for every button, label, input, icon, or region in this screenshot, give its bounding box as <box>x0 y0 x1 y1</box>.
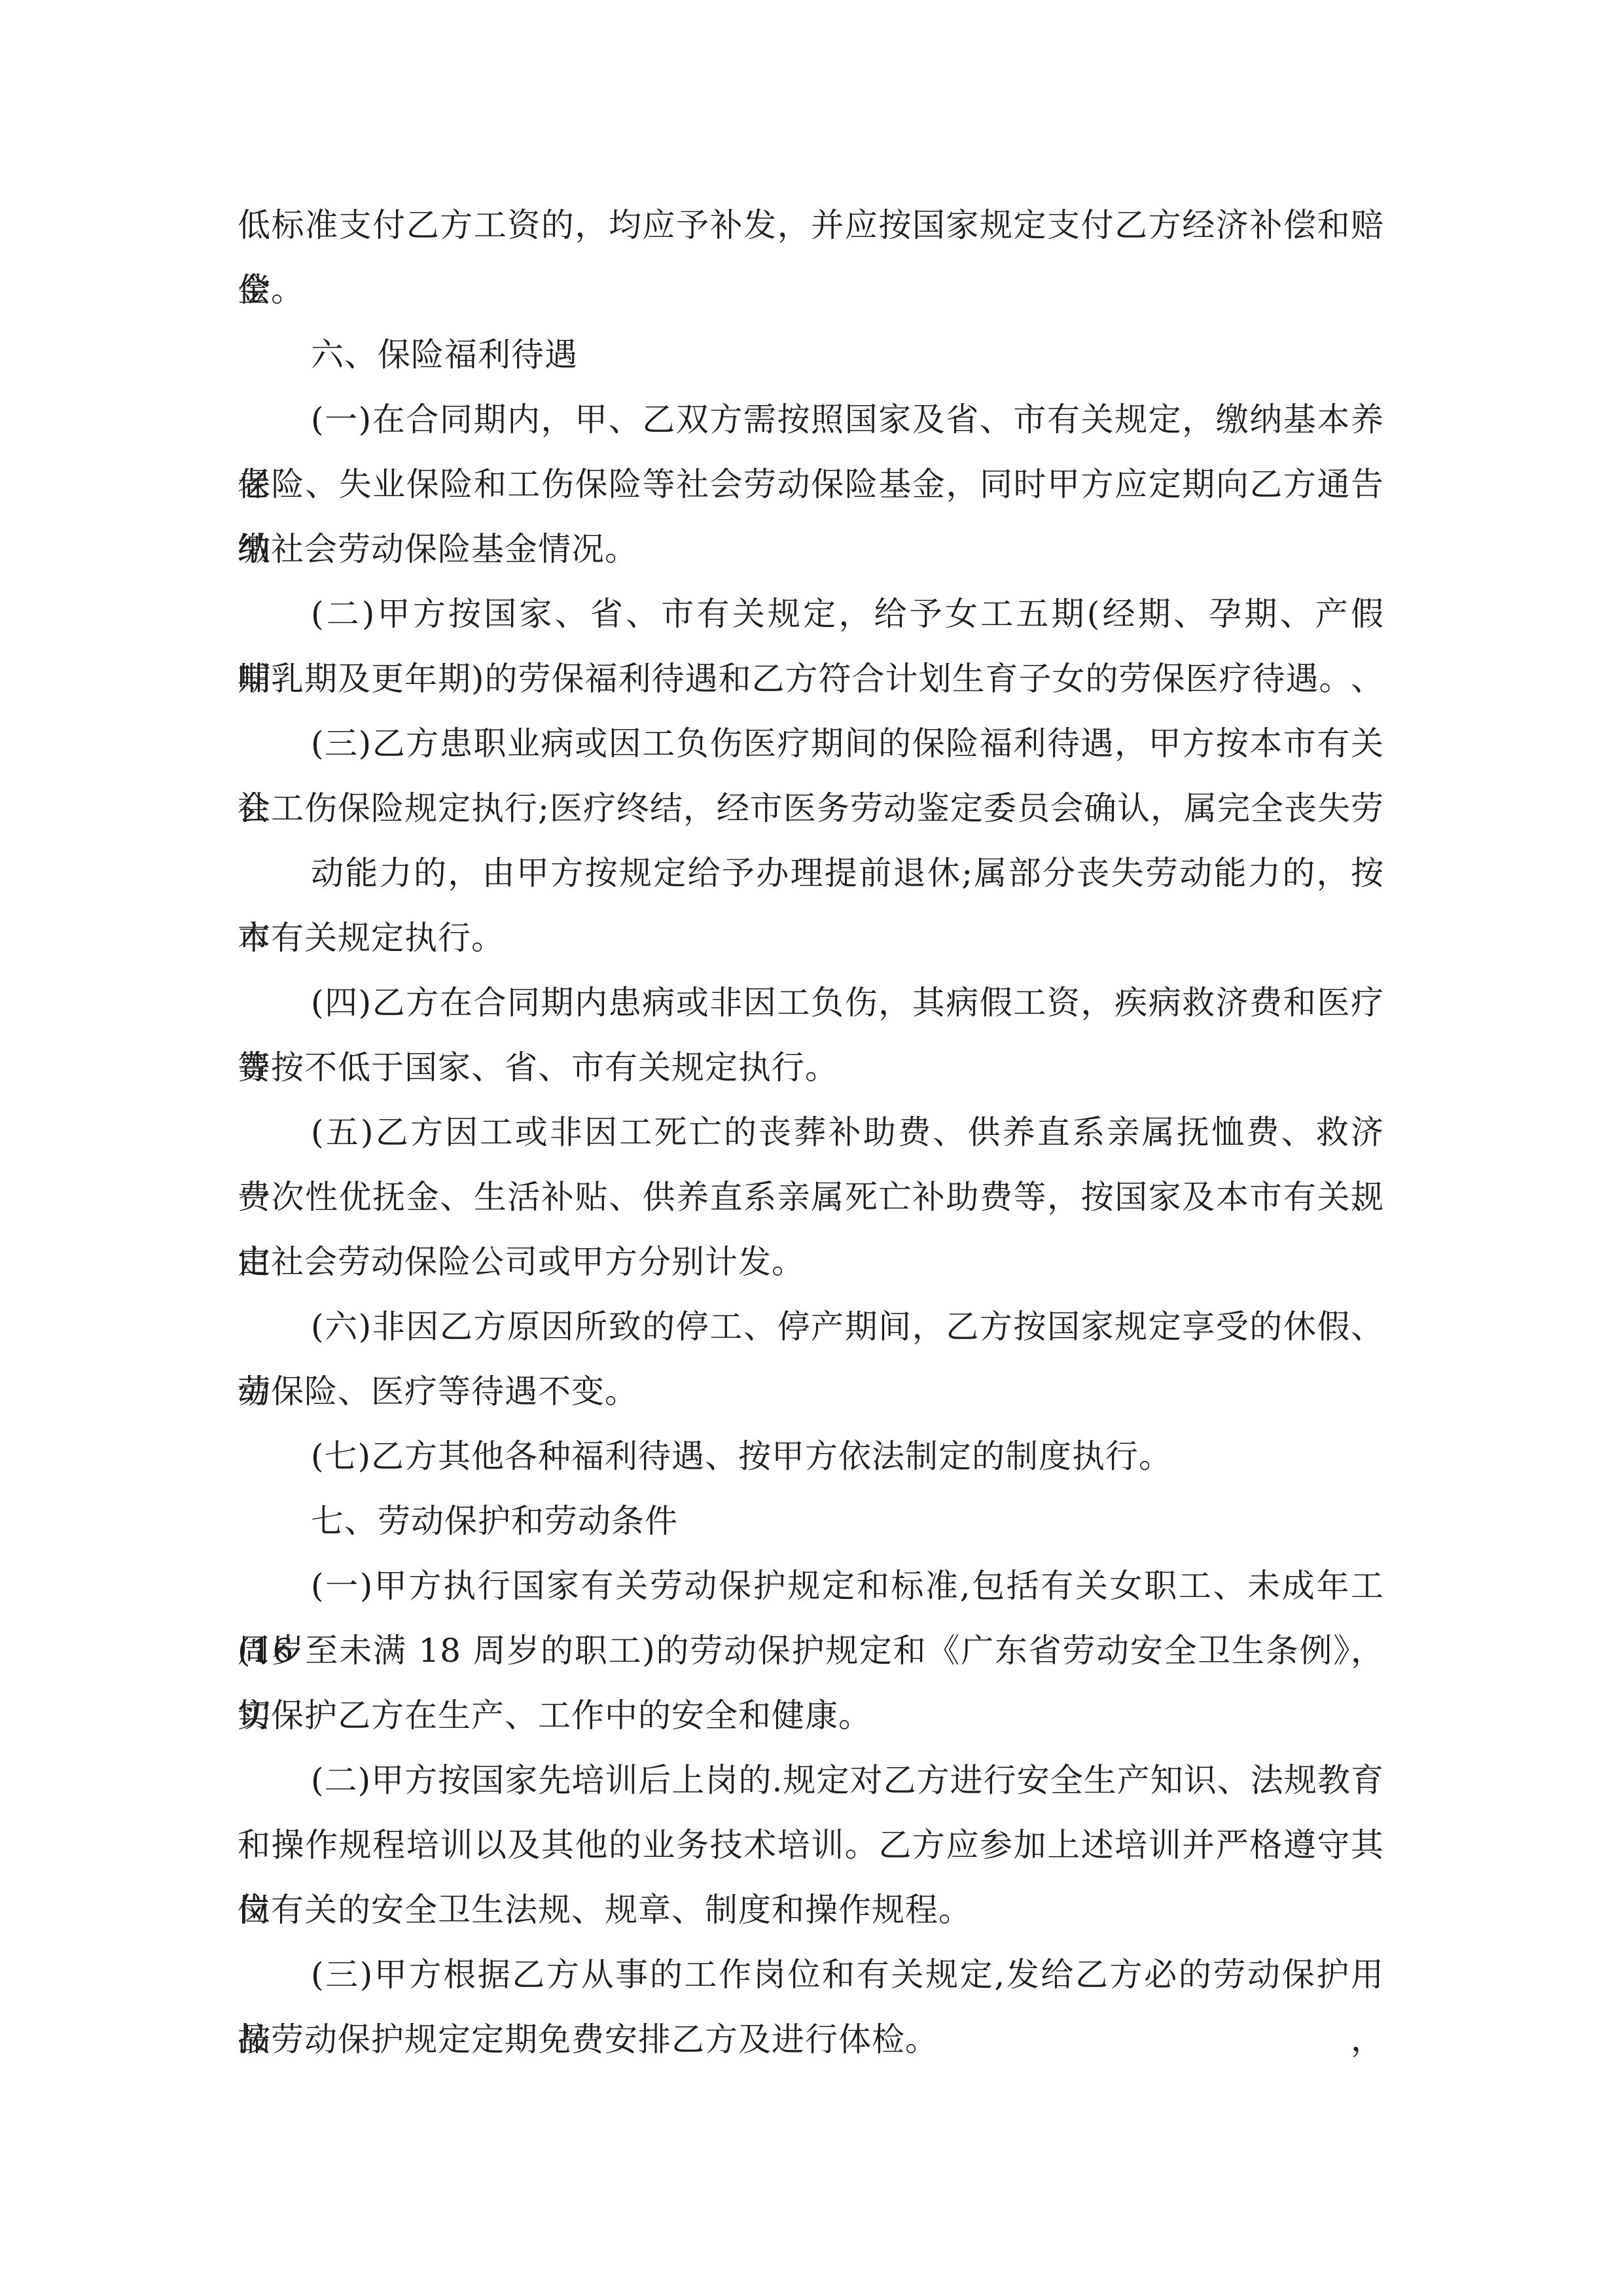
text-line: 低标准支付乙方工资的，均应予补发，并应按国家规定支付乙方经济补偿和赔偿 <box>238 193 1384 258</box>
text-line: 市有关规定执行。 <box>238 906 1384 971</box>
text-line: 保险、失业保险和工伤保险等社会劳动保险基金，同时甲方应定期向乙方通告缴 <box>238 452 1384 517</box>
text-line: (三)甲方根据乙方从事的工作岗位和有关规定,发给乙方必的劳动保护用品， <box>238 1943 1384 2007</box>
text-line: 实保护乙方在生产、工作中的安全和健康。 <box>238 1683 1384 1748</box>
text-line: 位有关的安全卫生法规、规章、制度和操作规程。 <box>238 1878 1384 1943</box>
text-line: 动保险、医疗等待遇不变。 <box>238 1359 1384 1424</box>
text-line: (三)乙方患职业病或因工负伤医疗期间的保险福利待遇，甲方按本市有关社 <box>238 711 1384 776</box>
text-line: 哺乳期及更年期)的劳保福利待遇和乙方符合计划生育子女的劳保医疗待遇。 <box>238 647 1384 711</box>
text-line: 周岁至未满 18 周岁的职工)的劳动保护规定和《广东省劳动安全卫生条例》，切 <box>238 1619 1384 1683</box>
text-line: (二)甲方按国家先培训后上岗的.规定对乙方进行安全生产知识、法规教育 <box>238 1748 1384 1813</box>
document-page: 低标准支付乙方工资的，均应予补发，并应按国家规定支付乙方经济补偿和赔偿金。六、保… <box>0 0 1623 2296</box>
text-line: (二)甲方按国家、省、市有关规定，给予女工五期(经期、孕期、产假期、 <box>238 582 1384 647</box>
text-line: (七)乙方其他各种福利待遇、按甲方依法制定的制度执行。 <box>238 1424 1384 1489</box>
text-line: 六、保险福利待遇 <box>238 323 1384 387</box>
text-line: 七、劳动保护和劳动条件 <box>238 1489 1384 1554</box>
text-line: (四)乙方在合同期内患病或非因工负伤，其病假工资，疾病救济费和医疗费 <box>238 971 1384 1035</box>
text-line: 等按不低于国家、省、市有关规定执行。 <box>238 1035 1384 1100</box>
text-line: 一次性优抚金、生活补贴、供养直系亲属死亡补助费等，按国家及本市有关规定 <box>238 1165 1384 1230</box>
text-line: 金。 <box>238 258 1384 323</box>
text-line: 纳社会劳动保险基金情况。 <box>238 517 1384 582</box>
text-line: (六)非因乙方原因所致的停工、停产期间，乙方按国家规定享受的休假、劳 <box>238 1295 1384 1359</box>
text-line: (五)乙方因工或非因工死亡的丧葬补助费、供养直系亲属抚恤费、救济费、 <box>238 1100 1384 1165</box>
text-line: (一)在合同期内，甲、乙双方需按照国家及省、市有关规定，缴纳基本养老 <box>238 387 1384 452</box>
text-line: 由社会劳动保险公司或甲方分别计发。 <box>238 1230 1384 1295</box>
text-line: 动能力的，由甲方按规定给予办理提前退休;属部分丧失劳动能力的，按本 <box>238 841 1384 906</box>
text-line: 和操作规程培训以及其他的业务技术培训。乙方应参加上述培训并严格遵守其岗 <box>238 1813 1384 1878</box>
document-text-block: 低标准支付乙方工资的，均应予补发，并应按国家规定支付乙方经济补偿和赔偿金。六、保… <box>238 193 1384 2072</box>
text-line: 会工伤保险规定执行;医疗终结，经市医务劳动鉴定委员会确认，属完全丧失劳 <box>238 776 1384 841</box>
text-line: (一)甲方执行国家有关劳动保护规定和标准,包括有关女职工、未成年工(16 <box>238 1554 1384 1619</box>
